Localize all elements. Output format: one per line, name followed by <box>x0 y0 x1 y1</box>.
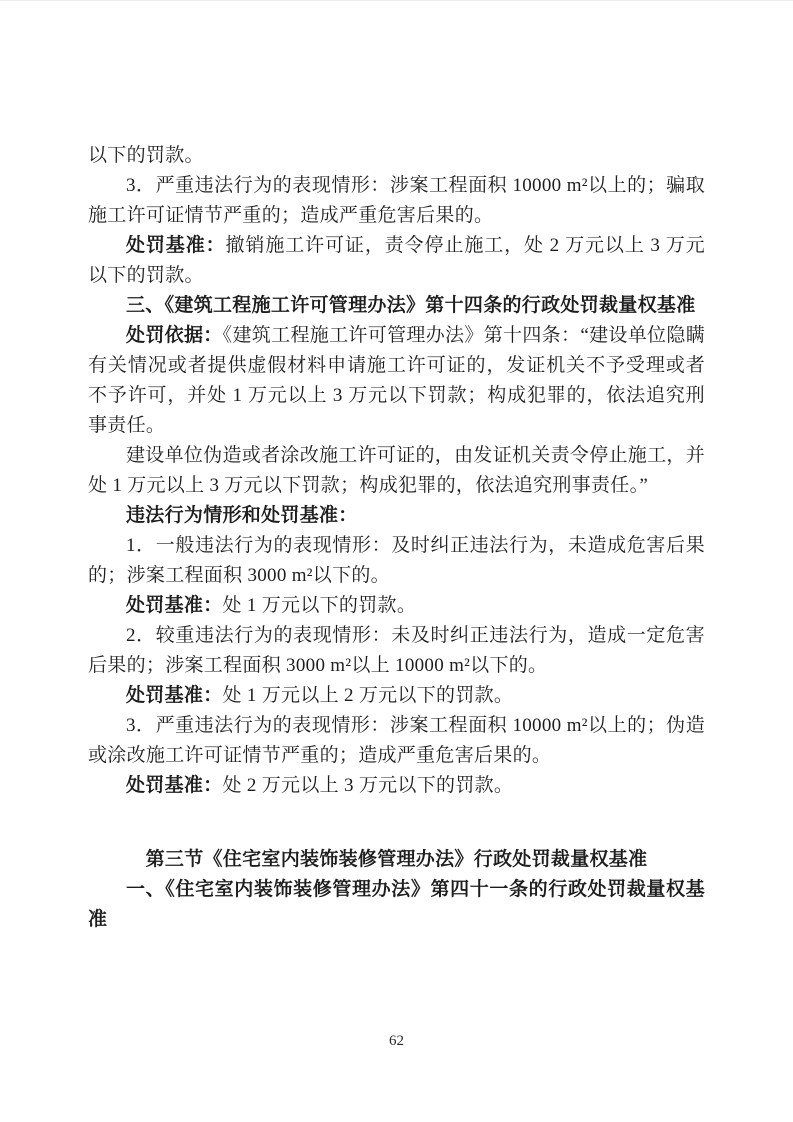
penalty-standard-label: 处罚基准： <box>126 235 226 256</box>
para-penalty-standard-1: 处罚基准：处 1 万元以下的罚款。 <box>88 591 705 621</box>
heading-text: 三、《建筑工程施工许可管理办法》第十四条的行政处罚裁量权基准 <box>126 295 696 316</box>
para-text: 处 2 万元以上 3 万元以下的罚款。 <box>223 775 514 796</box>
page-body-text: 以下的罚款。 3．严重违法行为的表现情形：涉案工程面积 10000 m²以上的；… <box>88 141 705 935</box>
heading-text: 违法行为情形和处罚基准： <box>126 505 358 526</box>
para-text: 建设单位伪造或者涂改施工许可证的，由发证机关责令停止施工，并处 1 万元以上 3… <box>88 445 705 496</box>
para-text: 处 1 万元以下的罚款。 <box>223 595 417 616</box>
para-item3-severe-violation-art14: 3．严重违法行为的表现情形：涉案工程面积 10000 m²以上的；伪造或涂改施工… <box>88 711 705 771</box>
heading-text: 一、《住宅室内装饰装修管理办法》第四十一条的行政处罚裁量权基准 <box>88 879 705 930</box>
page-number: 62 <box>0 1031 793 1051</box>
para-forgery-clause: 建设单位伪造或者涂改施工许可证的，由发证机关责令停止施工，并处 1 万元以上 3… <box>88 441 705 501</box>
para-text: 3．严重违法行为的表现情形：涉案工程面积 10000 m²以上的；骗取施工许可证… <box>88 175 705 226</box>
heading-article14-discretion: 三、《建筑工程施工许可管理办法》第十四条的行政处罚裁量权基准 <box>88 291 705 321</box>
para-text: 3．严重违法行为的表现情形：涉案工程面积 10000 m²以上的；伪造或涂改施工… <box>88 715 705 766</box>
penalty-standard-label: 处罚基准： <box>126 775 223 796</box>
section-heading-residential-decoration: 第三节《住宅室内装饰装修管理办法》行政处罚裁量权基准 <box>88 845 705 875</box>
heading-text: 第三节《住宅室内装饰装修管理办法》行政处罚裁量权基准 <box>146 849 648 870</box>
para-penalty-basis-art14: 处罚依据：《建筑工程施工许可管理办法》第十四条：“建设单位隐瞒有关情况或者提供虚… <box>88 321 705 441</box>
heading-article41-discretion: 一、《住宅室内装饰装修管理办法》第四十一条的行政处罚裁量权基准 <box>88 875 705 935</box>
penalty-standard-label: 处罚基准： <box>126 685 223 706</box>
para-text: 1．一般违法行为的表现情形：及时纠正违法行为，未造成危害后果的；涉案工程面积 3… <box>88 535 705 586</box>
heading-violation-and-penalty-standards: 违法行为情形和处罚基准： <box>88 501 705 531</box>
para-text: 处 1 万元以上 2 万元以下的罚款。 <box>223 685 514 706</box>
para-item3-severe-violation-art8: 3．严重违法行为的表现情形：涉案工程面积 10000 m²以上的；骗取施工许可证… <box>88 171 705 231</box>
para-text: 以下的罚款。 <box>88 145 204 166</box>
para-text: 2．较重违法行为的表现情形：未及时纠正违法行为，造成一定危害后果的；涉案工程面积… <box>88 625 705 676</box>
penalty-basis-label: 处罚依据： <box>126 325 223 346</box>
document-page: 以下的罚款。 3．严重违法行为的表现情形：涉案工程面积 10000 m²以上的；… <box>0 0 793 1122</box>
para-continuation-fine: 以下的罚款。 <box>88 141 705 171</box>
para-item2-moderate-violation: 2．较重违法行为的表现情形：未及时纠正违法行为，造成一定危害后果的；涉案工程面积… <box>88 621 705 681</box>
penalty-standard-label: 处罚基准： <box>126 595 223 616</box>
para-item1-general-violation: 1．一般违法行为的表现情形：及时纠正违法行为，未造成危害后果的；涉案工程面积 3… <box>88 531 705 591</box>
para-penalty-standard-2: 处罚基准：处 1 万元以上 2 万元以下的罚款。 <box>88 681 705 711</box>
para-penalty-standard-3: 处罚基准：处 2 万元以上 3 万元以下的罚款。 <box>88 771 705 801</box>
para-penalty-standard-art8: 处罚基准：撤销施工许可证，责令停止施工，处 2 万元以上 3 万元以下的罚款。 <box>88 231 705 291</box>
